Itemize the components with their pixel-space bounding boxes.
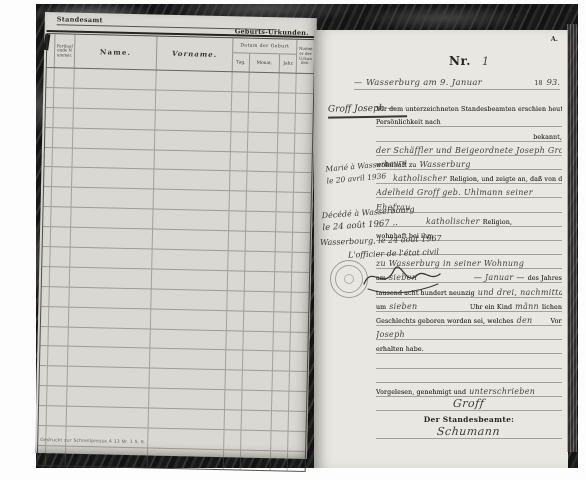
table-cell [277,193,294,212]
table-cell [225,410,242,429]
table-cell [291,292,308,311]
table-cell [278,133,295,152]
table-cell [68,327,150,348]
table-cell [66,447,148,468]
handwritten-text: den [517,316,533,325]
table-cell [226,331,243,350]
table-cell [149,409,225,430]
table-cell [150,329,226,350]
left-register-page: Standesamt Geburts-Urkunden. Fortlaufend… [35,12,317,459]
birth-date-header-group: Datum der Geburt Tag. Monat. Jahr. [233,38,298,72]
table-cell [293,213,310,232]
table-cell [279,93,296,112]
table-cell [72,168,154,189]
table-cell [154,170,230,191]
printed-text: Uhr ein Kind [470,304,512,311]
table-cell [155,110,231,131]
handwritten-year: 93. [546,78,560,88]
table-cell [152,269,228,290]
printed-text: Vorgelesen, genehmigt und [376,389,466,396]
table-cell [229,231,246,250]
table-cell [294,193,311,212]
table-cell [231,132,248,151]
table-cell [150,369,226,390]
table-cell [151,309,227,330]
table-cell [228,271,245,290]
table-cell [72,188,154,209]
table-cell [247,172,277,192]
table-cell [244,311,274,331]
table-cell [52,148,72,167]
book-fore-edge [567,24,577,452]
birth-date-group-label: Datum der Geburt [233,38,296,54]
table-cell [244,291,274,311]
form-line: der Schäffler und Beigeordnete Joseph Gr… [376,142,562,156]
table-cell [295,133,312,152]
table-cell [294,153,311,172]
table-cell [227,311,244,330]
table-cell [288,452,305,471]
form-line: Vorgelesen, genehmigt undunterschrieben [376,383,562,397]
printed-text: Religion, und zeigte an, daß von der [450,176,562,183]
form-line: Adelheid Groff geb. Uhlmann seiner [376,184,562,198]
form-line: Geschlechts geboren worden sei, welchesd… [376,312,562,326]
table-cell [224,430,241,449]
table-cell [289,392,306,411]
month-header: Monat. [250,54,280,73]
handwritten-text: männ [515,302,539,311]
table-cell [249,73,279,93]
table-cell [288,432,305,451]
form-line: Joseph [376,326,562,340]
table-cell [49,307,69,326]
place-date-line: — Wasserburg am 9. Januar 18 93. [354,78,560,90]
table-cell [230,152,247,171]
printed-text: des Jahres [528,275,562,282]
table-cell [242,391,272,411]
table-cell [71,208,153,229]
table-cell [241,431,271,451]
handwritten-text: Wasserburg [419,160,470,169]
scanned-register-page: Standesamt Geburts-Urkunden. Fortlaufend… [0,0,586,480]
table-cell [290,332,307,351]
record-number-label: Nr. [449,54,471,68]
table-cell [54,68,74,87]
table-cell [70,268,152,289]
table-cell [48,327,68,346]
table-cell [243,331,273,351]
table-cell [279,73,296,92]
table-cell [67,407,149,428]
index-table: Fortlaufende Nummer. Name. Vorname. Datu… [37,33,316,472]
form-line: bekannt, [376,127,562,141]
table-cell [70,248,152,269]
table-cell [242,371,272,391]
table-cell [50,247,70,266]
table-cell [231,112,248,131]
table-cell [155,130,231,151]
handwritten-text: und drei, nachmittags [478,288,562,297]
table-cell [275,252,292,271]
table-cell [53,108,73,127]
record-number-value: 1 [482,55,489,68]
table-cell [273,332,290,351]
table-cell [153,210,229,231]
form-line: Schumann [376,424,562,438]
table-cell [273,352,290,371]
table-cell [226,351,243,370]
printed-text: bekannt, [533,134,562,141]
handwritten-text: Schumann [437,425,501,438]
table-cell [228,251,245,270]
form-line [376,354,562,368]
table-cell [225,371,242,390]
printed-text: Der Standesbeamte: [424,415,515,424]
table-cell [227,291,244,310]
table-cell [278,113,295,132]
table-cell [272,411,289,430]
table-cell [276,232,293,251]
table-cell [69,307,151,328]
table-cell [73,128,155,149]
form-line [376,369,562,383]
handwritten-text: Adelheid Groff geb. Uhlmann seiner [376,188,533,197]
handwritten-place-date: Wasserburg am 9. Januar [366,78,482,88]
table-cell [272,392,289,411]
table-cell [296,74,313,93]
official-signature-flourish [358,256,444,300]
handwritten-text: Groff [453,397,486,410]
table-cell [47,406,67,425]
table-cell [68,347,150,368]
table-cell [277,173,294,192]
table-cell [247,192,277,212]
deed-number-header: Nummer der Urkunden. [297,40,315,73]
table-cell [69,287,151,308]
table-cell [229,211,246,230]
form-line: Der Standesbeamte: [376,411,562,424]
handwritten-text: der Schäffler und Beigeordnete Joseph Gr… [376,146,562,155]
handwritten-text: Joseph [376,330,405,339]
table-cell [156,71,232,92]
form-line: Groff [376,397,562,411]
table-cell [48,367,68,386]
table-cell [248,132,278,152]
table-cell [47,386,67,405]
table-cell [230,172,247,191]
table-cell [249,93,279,113]
right-certificate-page: A. Nr. 1 — Wasserburg am 9. Januar 18 93… [314,30,568,468]
table-cell [71,228,153,249]
table-cell [248,112,278,132]
table-cell [274,292,291,311]
printed-text: um [376,304,386,311]
table-cell [73,108,155,129]
printed-text: lichen [542,304,562,311]
table-cell [224,450,241,469]
table-cell [289,372,306,391]
table-cell [52,188,72,207]
table-cell [242,411,272,431]
table-cell [277,153,294,172]
table-cell [154,190,230,211]
table-cell [272,372,289,391]
book-photo-background: Standesamt Geburts-Urkunden. Fortlaufend… [36,4,578,468]
table-cell [290,352,307,371]
handwritten-text: unterschrieben [469,387,535,396]
table-cell [49,287,69,306]
page-corner-mark: A. [551,35,558,43]
handwritten-text: sieben [389,302,417,311]
table-cell [246,212,276,232]
table-cell [246,232,276,252]
table-cell [154,150,230,171]
table-cell [54,88,74,107]
table-cell [74,89,156,110]
table-cell [225,390,242,409]
table-cell [230,192,247,211]
printed-century: 18 [534,79,542,87]
printed-text: Vornamen [551,318,562,325]
table-cell [51,207,71,226]
handwritten-text: katholischer [426,217,480,226]
name-header: Name. [75,35,158,70]
table-cell [68,367,150,388]
table-cell [50,267,70,286]
table-cell [149,389,225,410]
table-cell [245,252,275,272]
table-cell [72,148,154,169]
table-cell [243,351,273,371]
table-cell [274,312,291,331]
table-cell [148,428,224,449]
vorname-header: Vorname. [157,37,234,72]
table-cell [148,448,224,469]
printed-text: Religion, [483,219,512,226]
table-cell [271,451,288,470]
form-line: erhalten habe. [376,340,562,354]
table-cell [153,230,229,251]
table-cell [151,289,227,310]
table-cell [67,387,149,408]
table-cell [271,431,288,450]
table-cell [293,233,310,252]
table-cell [53,128,73,147]
table-cell [291,312,308,331]
day-header: Tag. [233,53,250,71]
printed-text: erhalten habe. [376,346,424,353]
margin-name-note: Groff Joseph — [328,103,407,118]
birth-date-subheaders: Tag. Monat. Jahr. [233,53,296,72]
table-cell [292,253,309,272]
table-cell [51,227,71,246]
table-cell [232,72,249,91]
table-cell [232,92,249,111]
table-cell [276,213,293,232]
table-cell [150,349,226,370]
running-number-header: Fortlaufende Nummer. [55,34,76,67]
table-cell [52,168,72,187]
table-cell [74,69,156,90]
table-cell [294,173,311,192]
table-cell [247,152,277,172]
table-cell [275,272,292,291]
table-cell [245,272,275,292]
table-cell [241,450,271,470]
table-cell [152,250,228,271]
table-cell [48,347,68,366]
table-cell [46,446,66,465]
printed-text: Persönlichkeit nach [376,119,441,126]
table-cell [292,273,309,292]
handwritten-text: — Januar — [474,273,525,282]
year-header: Jahr. [280,54,297,72]
index-table-body [38,68,314,471]
record-number-line: Nr. 1 [376,50,562,69]
table-cell [289,412,306,431]
table-cell [156,90,232,111]
table-cell [296,94,313,113]
dateline-dash: — [354,78,362,87]
table-cell [295,113,312,132]
printed-text: Geschlechts geboren worden sei, welches [376,318,514,325]
